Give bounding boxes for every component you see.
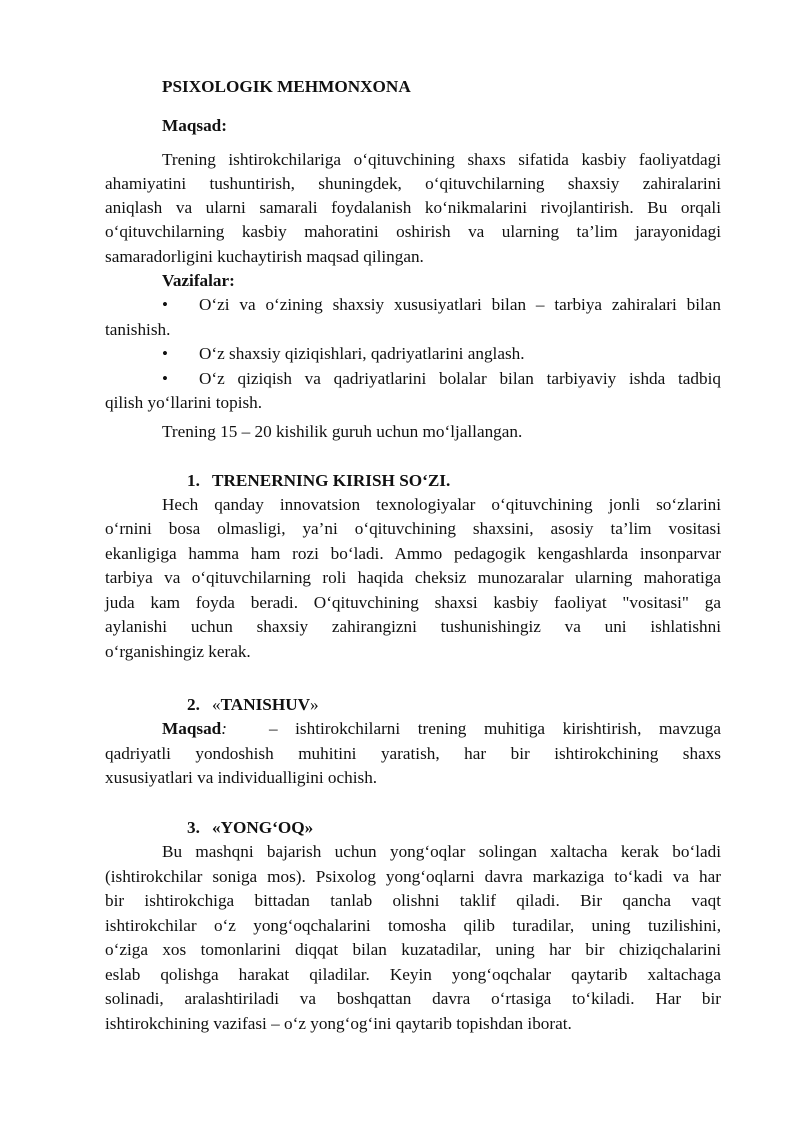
bullet-icon: •: [162, 342, 168, 366]
task-item: O‘z qiziqish va qadriyatlarini bolalar b…: [199, 367, 721, 391]
goal-line: ahamiyatini tushuntirish, shuningdek, o‘…: [105, 172, 721, 196]
goal-line: Trening ishtirokchilariga o‘qituvchining…: [162, 148, 721, 172]
section-title: TRENERNING KIRISH SO‘ZI.: [212, 471, 450, 490]
section-1-line: Hech qanday innovatsion texnologiyalar o…: [162, 493, 721, 517]
section-2-line: qadriyatli yondoshish muhitini yaratish,…: [105, 742, 721, 766]
quote-close: »: [310, 695, 319, 714]
goal-line: samaradorligini kuchaytirish maqsad qili…: [105, 245, 721, 269]
section-1-line: o‘rnini bosa olmasligi, ya’ni o‘qituvchi…: [105, 517, 721, 541]
document-page: PSIXOLOGIK MEHMONXONA Maqsad: Trening is…: [0, 0, 800, 1131]
task-item-continuation: tanishish.: [105, 318, 721, 342]
section-heading-1: 1.TRENERNING KIRISH SO‘ZI.: [187, 469, 450, 493]
section-number: 1.: [187, 469, 212, 493]
tasks-label: Vazifalar:: [162, 269, 721, 293]
section-3-line: (ishtirokchilar soniga mos). Psixolog yo…: [105, 865, 721, 889]
section-1-line: aylanishi uchun shaxsiy zahirangizni tus…: [105, 615, 721, 639]
section-number: 2.: [187, 693, 212, 717]
section-3-line: o‘ziga xos tomonlarini diqqat bilan kuza…: [105, 938, 721, 962]
section-1-line: ekanligiga hamma ham rozi bo‘ladi. Ammo …: [105, 542, 721, 566]
bullet-icon: •: [162, 367, 168, 391]
section-title: «YONG‘OQ»: [212, 818, 313, 837]
goal-label: Maqsad:: [162, 114, 721, 138]
section-heading-3: 3.«YONG‘OQ»: [187, 816, 313, 840]
section-3-line: solinadi, aralashtiriladi va boshqattan …: [105, 987, 721, 1011]
document-title: PSIXOLOGIK MEHMONXONA: [162, 75, 721, 99]
goal-line: aniqlash va ularni samarali foydalanish …: [105, 196, 721, 220]
section-3-line: ishtirokchilar o‘z yong‘oqchalarini tomo…: [105, 914, 721, 938]
section-2-goal-colon: :: [221, 719, 227, 738]
section-2-line: – ishtirokchilarni trening muhitiga kiri…: [269, 717, 721, 741]
section-number: 3.: [187, 816, 212, 840]
section-2-line: xususiyatlari va individualligini ochish…: [105, 766, 721, 790]
section-2-goal-label: Maqsad: [162, 719, 221, 738]
section-3-line: ishtirokchining vazifasi – o‘z yong‘og‘i…: [105, 1012, 721, 1036]
section-3-line: bir ishtirokchiga bittadan tanlab olishn…: [105, 889, 721, 913]
section-1-line: tarbiya va o‘qituvchilarning roli haqida…: [105, 566, 721, 590]
goal-line: o‘qituvchilarning kasbiy mahoratini oshi…: [105, 220, 721, 244]
group-note: Trening 15 – 20 kishilik guruh uchun mo‘…: [162, 420, 721, 444]
task-item: O‘zi va o‘zining shaxsiy xususiyatlari b…: [199, 293, 721, 317]
section-2-goal-row: Maqsad: – ishtirokchilarni trening muhit…: [162, 717, 721, 741]
section-1-line: juda kam foyda beradi. O‘qituvchining sh…: [105, 591, 721, 615]
section-title: TANISHUV: [221, 695, 310, 714]
bullet-icon: •: [162, 293, 168, 317]
quote-open: «: [212, 695, 221, 714]
section-3-line: Bu mashqni bajarish uchun yong‘oqlar sol…: [162, 840, 721, 864]
section-heading-2: 2.«TANISHUV»: [187, 693, 319, 717]
section-3-line: eslab qolishga harakat qiladilar. Keyin …: [105, 963, 721, 987]
task-item-continuation: qilish yo‘llarini topish.: [105, 391, 721, 415]
task-item: O‘z shaxsiy qiziqishlari, qadriyatlarini…: [199, 342, 721, 366]
section-1-line: o‘rganishingiz kerak.: [105, 640, 721, 664]
